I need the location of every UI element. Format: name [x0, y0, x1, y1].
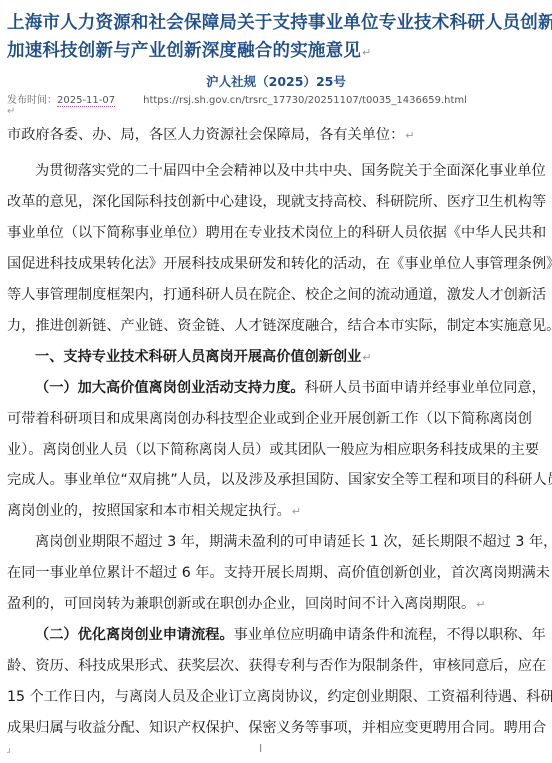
item-1-line: 可带着科研项目和成果离岗创办科技型企业或到企业开展创新工作（以下简称离岗创: [7, 409, 552, 429]
document-title-line-2: 加速科技创新与产业创新深度融合的实施意见↵: [7, 34, 552, 70]
paragraph-mark-icon: ↵: [7, 106, 15, 117]
intro-line: 等人事管理制度框架内，打通科研人员在院企、校企之间的流动通道，激发人才创新活: [7, 285, 552, 305]
item-1-line: 完成人。事业单位“双肩挑”人员，以及涉及承担国防、国家安全等工程和项目的科研人员: [7, 470, 552, 490]
item-2-line: 龄、资历、科技成果形式、获奖层次、获得专利与否作为限制条件，审核同意后，应在: [7, 656, 552, 676]
item-2-first-line: （二）优化离岗创业申请流程。事业单位应明确申请条件和流程，不得以职称、年: [7, 625, 552, 645]
publish-meta: 发布时间：2025-11-07https://rsj.sh.gov.cn/trs…: [7, 91, 467, 106]
publish-label: 发布时间：: [7, 95, 57, 106]
document-number: 沪人社规（2025）25号: [0, 72, 552, 90]
intro-line: 事业单位（以下简称事业单位）聘用在专业技术岗位上的科研人员依据《中华人民共和: [7, 223, 552, 243]
paragraph-mark-icon: ↵: [405, 129, 414, 142]
document-page: 上海市人力资源和社会保障局关于支持事业单位专业技术科研人员创新创业 加速科技创新…: [0, 0, 552, 763]
item-1-para2-line: 离岗创业期限不超过 3 年，期满未盈利的可申请延长 1 次，延长期限不超过 3 …: [7, 532, 552, 552]
section-1-heading: 一、支持专业技术科研人员离岗开展高价值创新创业↵: [7, 347, 552, 368]
paragraph-mark-icon: ↵: [362, 351, 371, 364]
item-2-heading: （二）优化离岗创业申请流程。: [35, 627, 234, 643]
salutation: 市政府各委、办、局，各区人力资源社会保障局，各有关单位：↵: [7, 125, 552, 146]
intro-line: 为贯彻落实党的二十届四中全会精神以及中共中央、国务院关于全面深化事业单位: [7, 161, 552, 181]
intro-line: 国促进科技成果转化法》开展科技成果研发和转化的活动，在《事业单位人事管理条例》: [7, 254, 552, 274]
item-1-line: 业）。离岗创业人员（以下简称离岗人员）或其团队一般应为相应职务科技成果的主要: [7, 440, 552, 460]
item-1-para2-line: 在同一事业单位累计不超过 6 年。支持开展长周期、高价值创新创业，首次离岗期满未: [7, 563, 552, 583]
text-cursor-icon: I: [259, 742, 262, 755]
line-end-mark-icon: ɹ: [7, 746, 11, 756]
item-1-para2-line-last: 盈利的，可回岗转为兼职创新或在职创办企业，回岗时间不计入离岗期限。↵: [7, 594, 552, 615]
paragraph-mark-icon: ↵: [292, 505, 301, 518]
publish-date: 2025-11-07: [57, 95, 115, 107]
item-1-line-last: 离岗创业的，按照国家和本市相关规定执行。↵: [7, 501, 552, 522]
paragraph-mark-icon: ↵: [476, 598, 485, 611]
item-2-line: 15 个工作日内，与离岗人员及企业订立离岗协议，约定创业期限、工资福利待遇、科研: [7, 687, 552, 707]
item-1-first-line: （一）加大高价值离岗创业活动支持力度。科研人员书面申请并经事业单位同意，: [7, 378, 552, 398]
paragraph-mark-icon: ↵: [362, 46, 371, 59]
intro-line-last: 力，推进创新链、产业链、资金链、人才链深度融合，结合本市实际，制定本实施意见。↵: [7, 316, 552, 337]
item-2-line: 成果归属与收益分配、知识产权保护、保密义务等事项，并相应变更聘用合同。聘用合: [7, 718, 552, 738]
intro-line: 改革的意见，深化国际科技创新中心建设，现就支持高校、科研院所、医疗卫生机构等: [7, 192, 552, 212]
item-1-heading: （一）加大高价值离岗创业活动支持力度。: [35, 380, 305, 396]
source-url-link[interactable]: https://rsj.sh.gov.cn/trsrc_17730/202511…: [143, 95, 467, 106]
